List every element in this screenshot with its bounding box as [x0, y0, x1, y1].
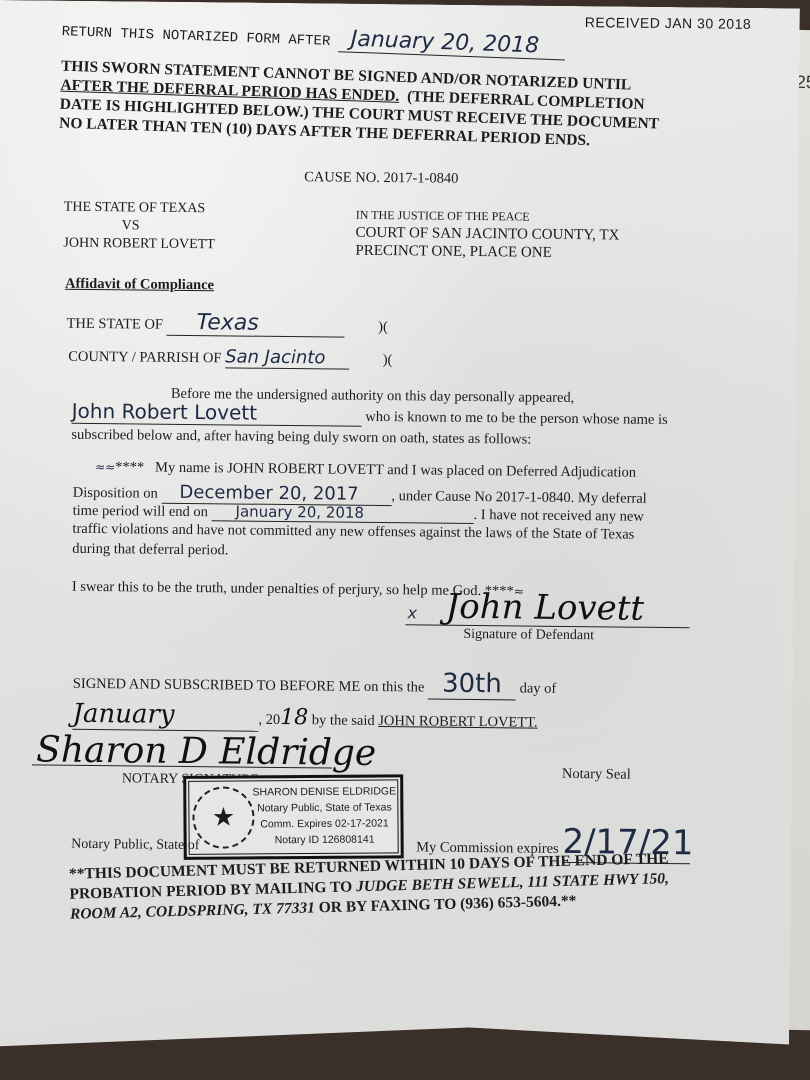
seal-id: Notary ID 126808141 — [253, 831, 397, 848]
jurat-day: 30th — [428, 669, 516, 701]
return-instruction: RETURN THIS NOTARIZED FORM AFTER January… — [61, 16, 566, 60]
caption-vs: VS — [64, 217, 216, 237]
venue-bracket: )( — [378, 319, 388, 335]
court-line: PRECINCT ONE, PLACE ONE — [355, 242, 619, 263]
notary-signature-line: Sharon D Eldridge — [32, 724, 332, 768]
venue-state-label: THE STATE OF — [67, 316, 163, 333]
end-date-label: time period will end on — [73, 503, 208, 520]
affidavit-page: RECEIVED JAN 30 2018 RETURN THIS NOTARIZ… — [0, 0, 800, 1060]
statement-text: My name is JOHN ROBERT LOVETT and I was … — [155, 460, 636, 481]
cause-number: CAUSE NO. 2017-1-0840 — [304, 169, 458, 188]
defendant-signature-line: x John Lovett — [405, 592, 689, 628]
case-caption-left: THE STATE OF TEXAS VS JOHN ROBERT LOVETT — [63, 199, 215, 255]
venue-county-value: San Jacinto — [225, 346, 349, 369]
jurat-name: JOHN ROBERT LOVETT. — [378, 713, 537, 731]
venue-state-value: Texas — [166, 310, 344, 338]
appeared-name: John Robert Lovett — [72, 399, 362, 427]
deferral-end-date: January 20, 2018 — [211, 502, 473, 524]
return-label: RETURN THIS NOTARIZED FORM AFTER — [61, 24, 330, 50]
seal-title: Notary Public, State of Texas — [252, 799, 396, 816]
disposition-label: Disposition on — [73, 485, 158, 502]
appearance-line2: John Robert Lovett who is known to me to… — [72, 399, 668, 430]
seal-expires: Comm. Expires 02-17-2021 — [252, 815, 396, 832]
venue-county: COUNTY / PARRISH OF San Jacinto )( — [68, 345, 392, 370]
notary-public-label: Notary Public, State of — [71, 837, 199, 854]
document-title: Affidavit of Compliance — [65, 276, 214, 295]
footer-address: ROOM A2, COLDSPRING, TX 77331 — [70, 899, 315, 922]
jurat-line1: SIGNED AND SUBSCRIBED TO BEFORE ME on th… — [73, 665, 557, 701]
seal-text: SHARON DENISE ELDRIDGE Notary Public, St… — [252, 783, 396, 848]
caption-plaintiff: THE STATE OF TEXAS — [64, 199, 216, 219]
received-stamp: RECEIVED JAN 30 2018 — [585, 14, 752, 32]
case-caption-right: IN THE JUSTICE OF THE PEACE COURT OF SAN… — [355, 206, 619, 263]
signature-label: Signature of Defendant — [463, 627, 594, 644]
return-instructions-footer: **THIS DOCUMENT MUST BE RETURNED WITHIN … — [69, 849, 670, 925]
jurat-text: SIGNED AND SUBSCRIBED TO BEFORE ME on th… — [73, 676, 425, 696]
statement-text: . I have not received any new — [473, 507, 643, 525]
venue-county-label: COUNTY / PARRISH OF — [68, 349, 221, 367]
notary-signature: Sharon D Eldridge — [36, 729, 377, 774]
star-icon: ★ — [192, 786, 254, 848]
notary-seal-stamp: ★ SHARON DENISE ELDRIDGE Notary Public, … — [183, 774, 404, 860]
venue-state: THE STATE OF Texas )( — [66, 309, 387, 338]
venue-bracket: )( — [383, 352, 393, 368]
appearance-line3: subscribed below and, after having being… — [71, 427, 531, 449]
jurat-year-prefix: , 20 — [258, 712, 280, 728]
jurat-text: day of — [520, 680, 557, 696]
notary-seal-label: Notary Seal — [562, 766, 631, 784]
seal-name: SHARON DENISE ELDRIDGE — [252, 783, 396, 800]
initials-asterisks: **** — [115, 459, 144, 475]
appearance-text: who is known to me to be the person whos… — [365, 409, 668, 428]
statement-line5: during that deferral period. — [72, 541, 228, 560]
statement-line1: ≈≈**** My name is JOHN ROBERT LOVETT and… — [95, 459, 636, 482]
return-date: January 20, 2018 — [338, 26, 566, 60]
signature-x-mark: x — [408, 603, 418, 622]
initials-mark: ≈≈ — [95, 460, 115, 474]
deferral-warning: THIS SWORN STATEMENT CANNOT BE SIGNED AN… — [59, 57, 661, 153]
defendant-signature: John Lovett — [445, 587, 644, 629]
caption-defendant: JOHN ROBERT LOVETT — [63, 235, 215, 255]
